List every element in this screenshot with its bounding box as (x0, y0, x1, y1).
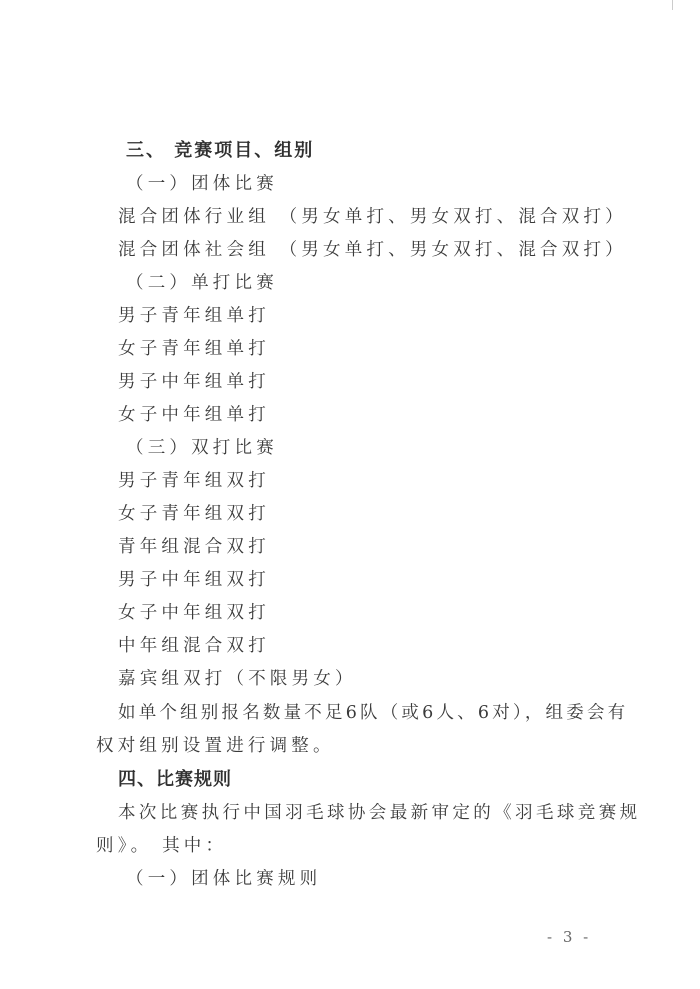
item-mixed-team-social: 混合团体社会组 （男女单打、男女双打、混合双打） (118, 236, 627, 261)
item-guest-doubles: 嘉宾组双打（不限男女） (118, 665, 357, 690)
item-women-middle-doubles: 女子中年组双打 (118, 599, 270, 624)
subheading-team-events: （一）团体比赛 (126, 170, 278, 195)
item-men-middle-singles: 男子中年组单打 (118, 368, 270, 393)
item-men-youth-singles: 男子青年组单打 (118, 302, 270, 327)
subheading-singles-events: （二）单打比赛 (126, 269, 278, 294)
item-men-youth-doubles: 男子青年组双打 (118, 467, 270, 492)
item-women-youth-singles: 女子青年组单打 (118, 335, 270, 360)
subheading-team-rules: （一）团体比赛规则 (126, 865, 321, 890)
item-mixed-team-industry: 混合团体行业组 （男女单打、男女双打、混合双打） (118, 203, 627, 228)
section-heading-rules: 四、比赛规则 (118, 765, 232, 791)
item-middle-mixed-doubles: 中年组混合双打 (118, 632, 270, 657)
item-women-youth-doubles: 女子青年组双打 (118, 500, 270, 525)
page-number: - 3 - (547, 928, 591, 946)
paragraph-rules-intro-cont: 则》。 其中： (96, 832, 227, 857)
item-youth-mixed-doubles: 青年组混合双打 (118, 533, 270, 558)
paragraph-rules-intro: 本次比赛执行中国羽毛球协会最新审定的《羽毛球竞赛规 (118, 799, 641, 824)
item-women-middle-singles: 女子中年组单打 (118, 401, 270, 426)
item-men-middle-doubles: 男子中年组双打 (118, 566, 270, 591)
section-heading-competition-events: 三、 竞赛项目、组别 (126, 136, 314, 162)
paragraph-group-adjustment: 如单个组别报名数量不足6队（或6人、6对），组委会有 (118, 699, 628, 724)
subheading-doubles-events: （三）双打比赛 (126, 434, 278, 459)
paragraph-group-adjustment-cont: 权对组别设置进行调整。 (96, 732, 335, 757)
scan-edge-mark (672, 0, 673, 10)
